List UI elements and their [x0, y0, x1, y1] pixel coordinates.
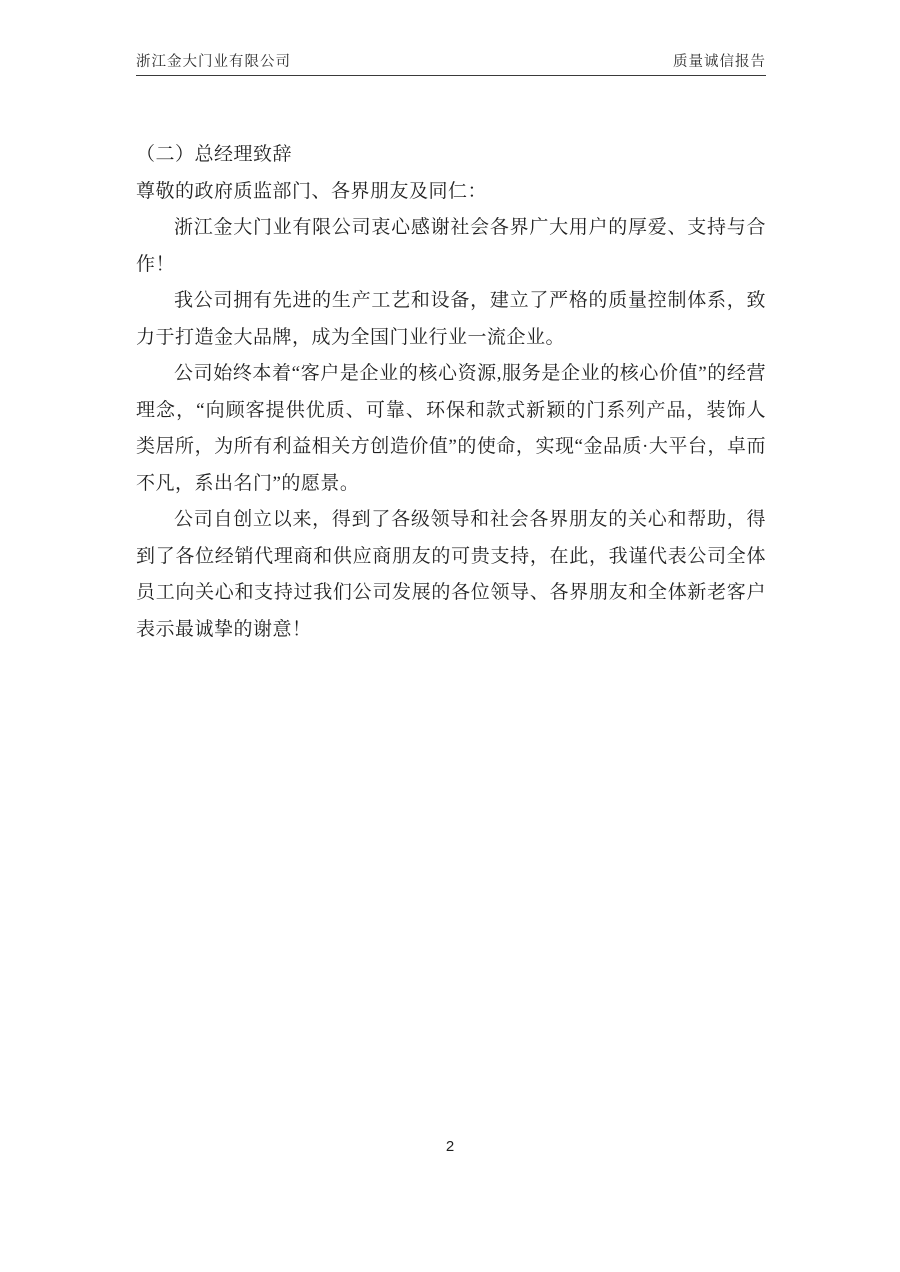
- paragraph-company-strength: 我公司拥有先进的生产工艺和设备，建立了严格的质量控制体系，致力于打造金大品牌，成…: [136, 283, 766, 356]
- header-company-name: 浙江金大门业有限公司: [136, 50, 291, 71]
- section-title: （二）总经理致辞: [136, 137, 766, 174]
- document-body: （二）总经理致辞 尊敬的政府质监部门、各界朋友及同仁： 浙江金大门业有限公司衷心…: [136, 137, 766, 648]
- paragraph-thanks: 浙江金大门业有限公司衷心感谢社会各界广大用户的厚爱、支持与合作！: [136, 210, 766, 283]
- paragraph-philosophy: 公司始终本着“客户是企业的核心资源,服务是企业的核心价值”的经营理念，“向顾客提…: [136, 356, 766, 502]
- paragraph-gratitude: 公司自创立以来，得到了各级领导和社会各界朋友的关心和帮助，得到了各位经销代理商和…: [136, 502, 766, 648]
- page-number: 2: [446, 1138, 454, 1155]
- page-header: 浙江金大门业有限公司 质量诚信报告: [136, 50, 766, 76]
- salutation-line: 尊敬的政府质监部门、各界朋友及同仁：: [136, 174, 766, 211]
- header-report-title: 质量诚信报告: [673, 50, 766, 71]
- page-footer: 2: [0, 1138, 900, 1155]
- document-page: 浙江金大门业有限公司 质量诚信报告 （二）总经理致辞 尊敬的政府质监部门、各界朋…: [0, 0, 900, 1272]
